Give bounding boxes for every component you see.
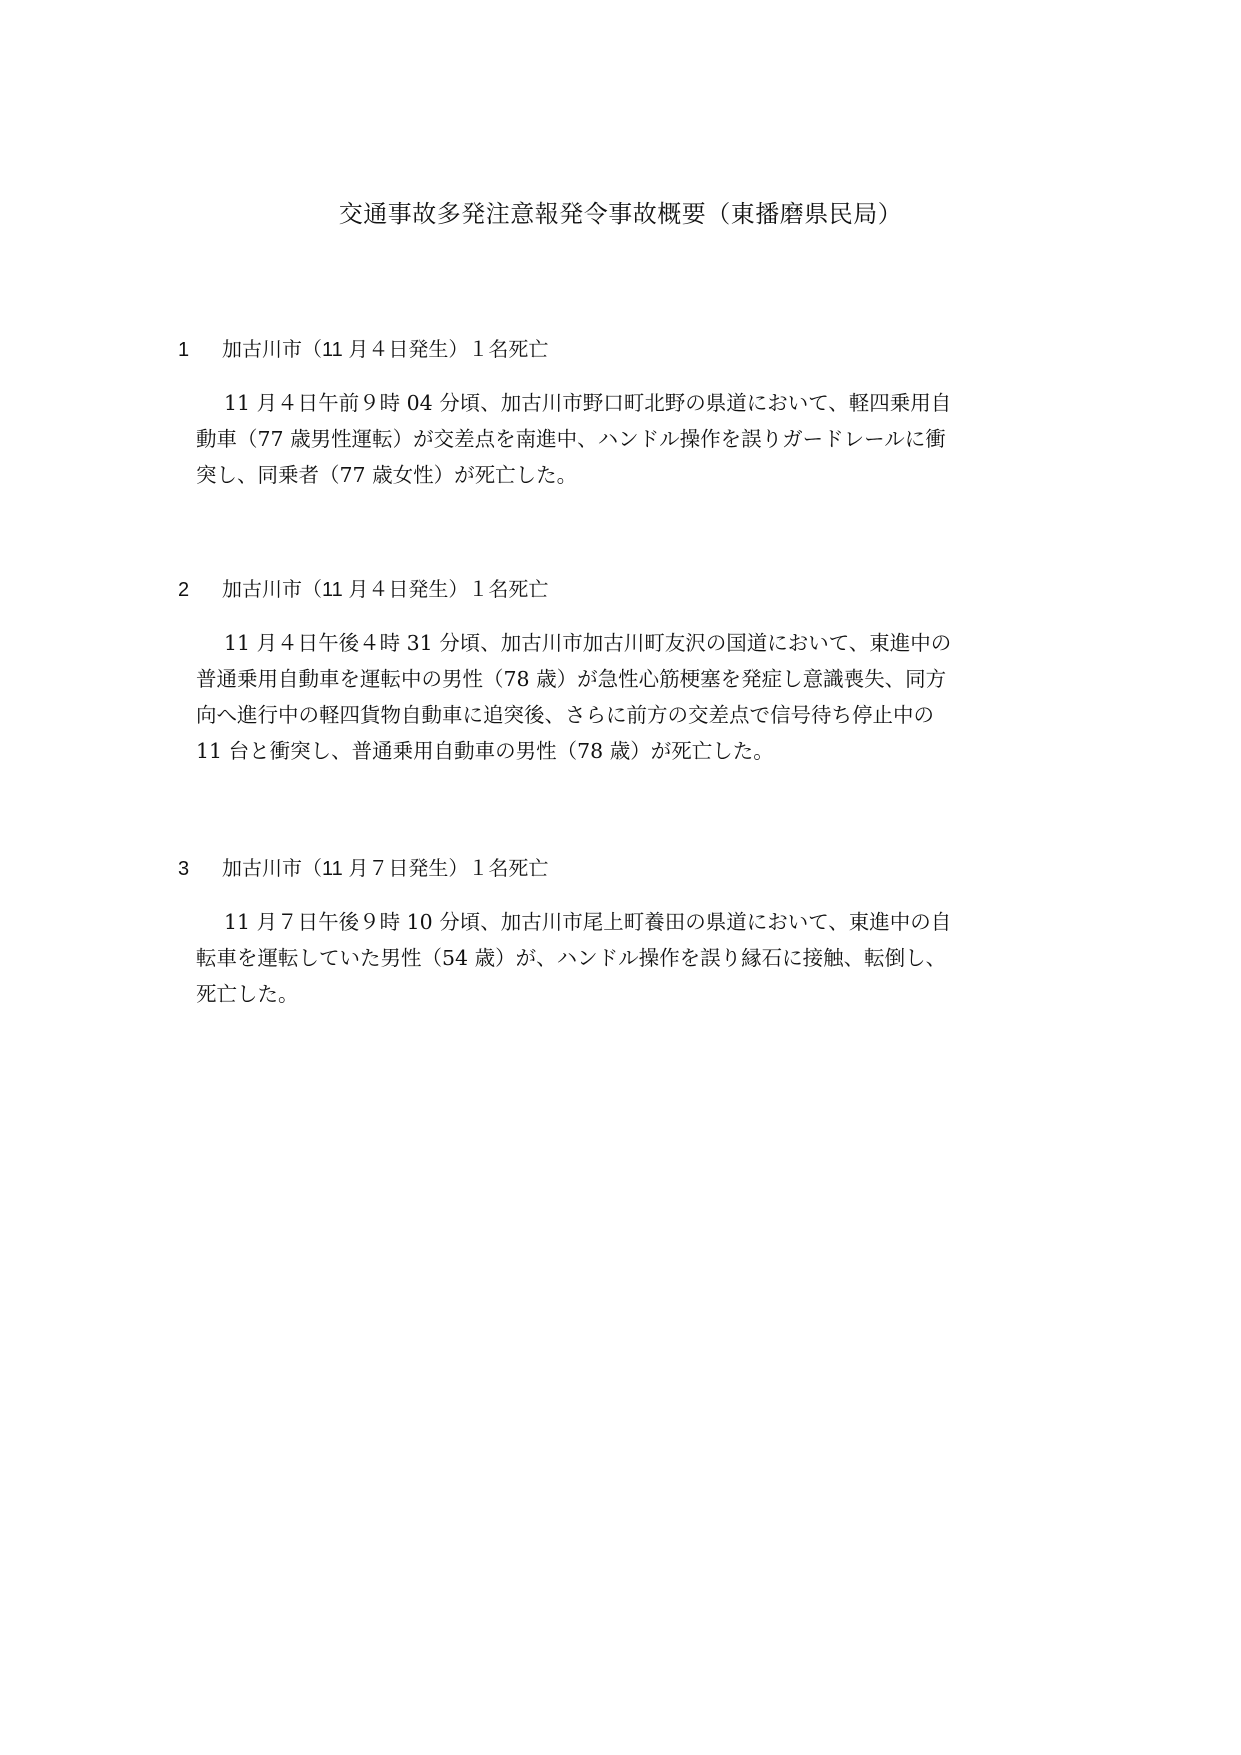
section-heading: 1加古川市（11 月４日発生）１名死亡	[178, 333, 548, 362]
section-heading: 2加古川市（11 月４日発生）１名死亡	[178, 573, 548, 602]
body-line: 動車（77 歳男性運転）が交差点を南進中、ハンドル操作を誤りガードレールに衝	[196, 421, 1096, 457]
section-body: 11 月４日午後４時 31 分頃、加古川市加古川町友沢の国道において、東進中の …	[196, 625, 1096, 769]
body-line: 11 月４日午前９時 04 分頃、加古川市野口町北野の県道において、軽四乗用自	[196, 385, 1096, 421]
section-number: 1	[178, 339, 222, 362]
section-number: 2	[178, 579, 222, 602]
body-line: 突し、同乗者（77 歳女性）が死亡した。	[196, 457, 1096, 493]
body-line: 転車を運転していた男性（54 歳）が、ハンドル操作を誤り縁石に接触、転倒し、	[196, 940, 1096, 976]
section-heading-text: 加古川市（11 月４日発生）１名死亡	[222, 339, 548, 361]
section-body: 11 月７日午後９時 10 分頃、加古川市尾上町養田の県道において、東進中の自 …	[196, 904, 1096, 1012]
section-body: 11 月４日午前９時 04 分頃、加古川市野口町北野の県道において、軽四乗用自 …	[196, 385, 1096, 493]
body-line: 普通乗用自動車を運転中の男性（78 歳）が急性心筋梗塞を発症し意識喪失、同方	[196, 661, 1096, 697]
document-title: 交通事故多発注意報発令事故概要（東播磨県民局）	[0, 194, 1241, 229]
body-line: 11 月７日午後９時 10 分頃、加古川市尾上町養田の県道において、東進中の自	[196, 904, 1096, 940]
body-line: 11 台と衝突し、普通乗用自動車の男性（78 歳）が死亡した。	[196, 733, 1096, 769]
body-line: 死亡した。	[196, 976, 1096, 1012]
section-heading-text: 加古川市（11 月７日発生）１名死亡	[222, 858, 548, 880]
section-heading-text: 加古川市（11 月４日発生）１名死亡	[222, 579, 548, 601]
body-line: 11 月４日午後４時 31 分頃、加古川市加古川町友沢の国道において、東進中の	[196, 625, 1096, 661]
section-number: 3	[178, 858, 222, 881]
section-heading: 3加古川市（11 月７日発生）１名死亡	[178, 852, 548, 881]
body-line: 向へ進行中の軽四貨物自動車に追突後、さらに前方の交差点で信号待ち停止中の	[196, 697, 1096, 733]
